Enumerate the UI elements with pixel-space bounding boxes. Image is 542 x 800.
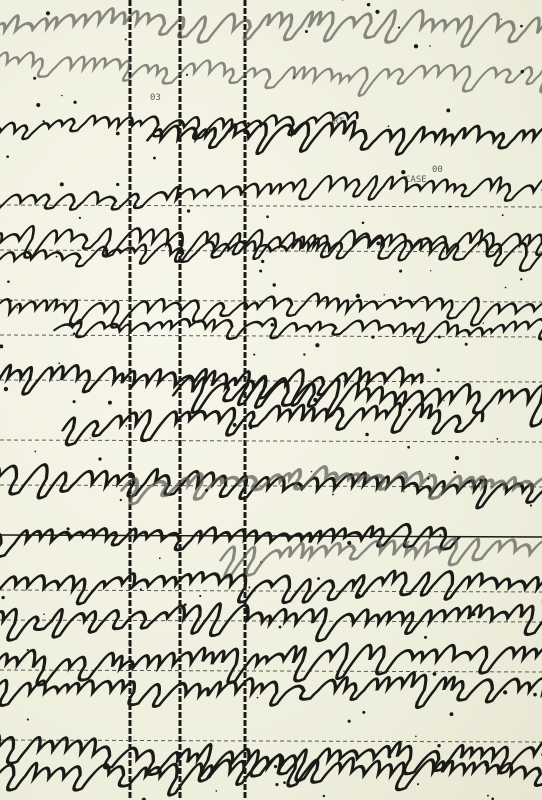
printed-fragment: 03 — [150, 93, 161, 103]
printed-fragment: RT — [333, 117, 344, 127]
printed-fragment: 00 — [432, 165, 443, 175]
handwriting-layer — [0, 0, 542, 800]
scanned-ledger-page: 03 00 RT CASE — [0, 0, 542, 800]
printed-fragment: CASE — [405, 175, 427, 185]
